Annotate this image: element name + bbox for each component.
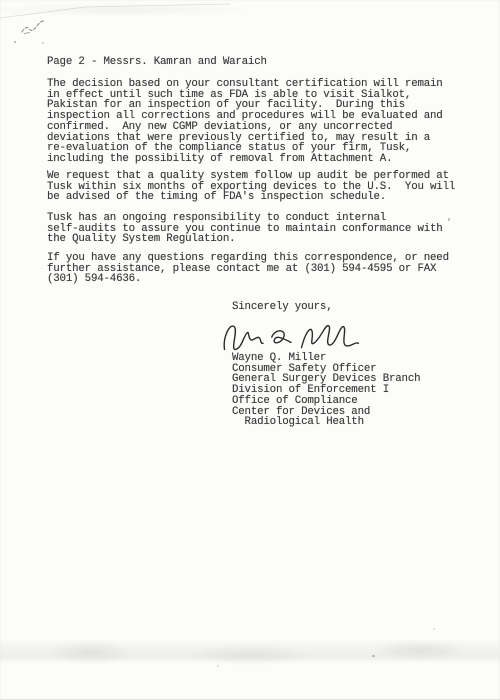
paragraph-audit-request: We request that a quality system follow … [47,171,455,203]
scan-speck [433,628,435,630]
scan-speck [372,655,375,657]
paragraph-decision: The decision based on your consultant ce… [47,79,443,165]
page-header: Page 2 - Messrs. Kamran and Waraich [47,57,267,68]
scanned-letter-page: Page 2 - Messrs. Kamran and Waraich The … [0,0,500,700]
signature-block: Wayne Q. Miller Consumer Safety Officer … [232,353,420,428]
paragraph-contact: If you have any questions regarding this… [47,253,449,285]
scan-smudge-band [0,640,500,662]
scan-speck [217,665,219,667]
closing-salutation: Sincerely yours, [232,302,332,313]
pen-scribble-mark [8,12,78,48]
scan-speck [448,218,450,221]
paragraph-responsibility: Tusk has an ongoing responsibility to co… [47,213,443,245]
